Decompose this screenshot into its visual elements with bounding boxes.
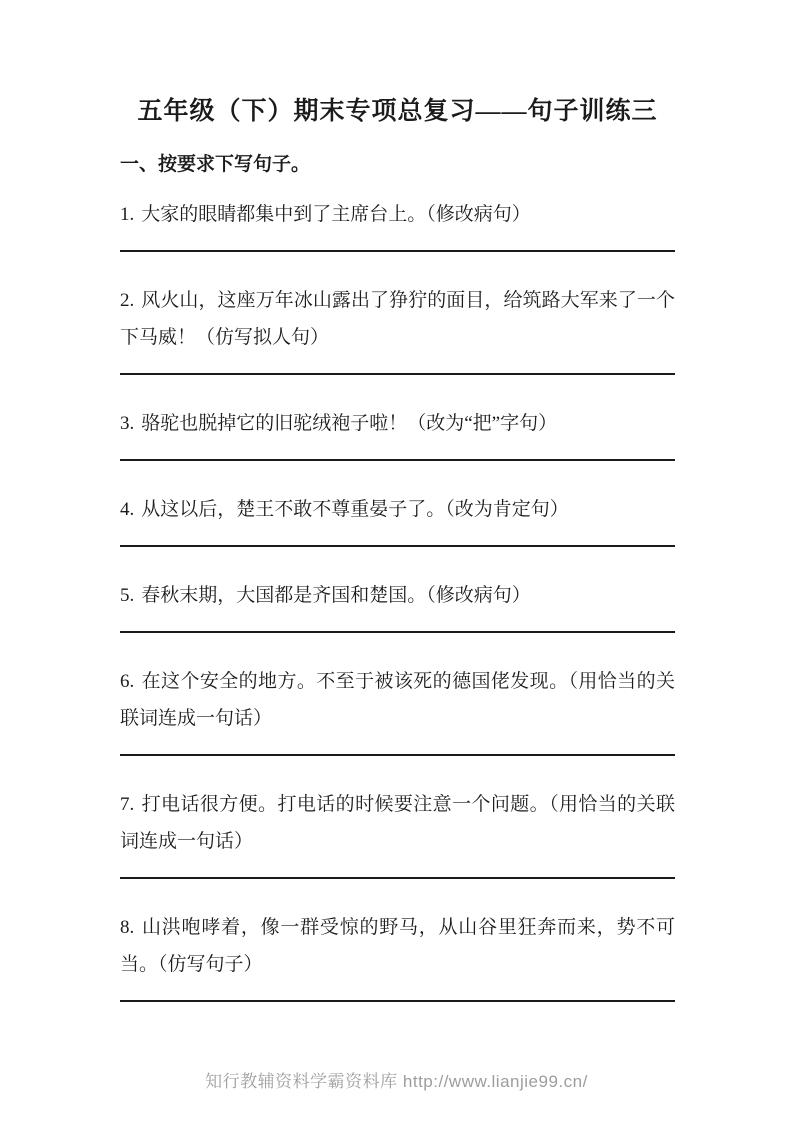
question-number: 8. <box>120 917 134 938</box>
question-text: 6.在这个安全的地方。不至于被该死的德国佬发现。（用恰当的关联词连成一句话） <box>120 633 675 737</box>
question-text: 5.春秋末期，大国都是齐国和楚国。（修改病句） <box>120 547 675 614</box>
question-4: 4.从这以后，楚王不敢不尊重晏子了。（改为肯定句） <box>120 461 675 547</box>
question-number: 7. <box>120 794 134 815</box>
question-sentence: 打电话很方便。打电话的时候要注意一个问题。（用恰当的关联词连成一句话） <box>120 794 675 852</box>
question-sentence: 大家的眼睛都集中到了主席台上。（修改病句） <box>141 204 531 225</box>
question-text: 7.打电话很方便。打电话的时候要注意一个问题。（用恰当的关联词连成一句话） <box>120 756 675 860</box>
question-sentence: 春秋末期，大国都是齐国和楚国。（修改病句） <box>141 585 531 606</box>
question-6: 6.在这个安全的地方。不至于被该死的德国佬发现。（用恰当的关联词连成一句话） <box>120 633 675 756</box>
question-text: 2.风火山，这座万年冰山露出了狰狞的面目，给筑路大军来了一个下马威！（仿写拟人句… <box>120 252 675 356</box>
question-number: 1. <box>120 204 134 225</box>
question-8: 8.山洪咆哮着，像一群受惊的野马，从山谷里狂奔而来，势不可当。（仿写句子） <box>120 879 675 1002</box>
question-number: 2. <box>120 290 134 311</box>
answer-blank-line <box>120 1000 675 1002</box>
page-content: 五年级（下）期末专项总复习——句子训练三 一、按要求下写句子。 1.大家的眼睛都… <box>0 0 793 1002</box>
question-number: 3. <box>120 413 134 434</box>
question-number: 5. <box>120 585 134 606</box>
question-text: 8.山洪咆哮着，像一群受惊的野马，从山谷里狂奔而来，势不可当。（仿写句子） <box>120 879 675 983</box>
question-text: 3.骆驼也脱掉它的旧驼绒袍子啦！（改为“把”字句） <box>120 375 675 442</box>
question-sentence: 从这以后，楚王不敢不尊重晏子了。（改为肯定句） <box>141 499 569 520</box>
question-1: 1.大家的眼睛都集中到了主席台上。（修改病句） <box>120 178 675 252</box>
question-text: 1.大家的眼睛都集中到了主席台上。（修改病句） <box>120 178 675 233</box>
question-number: 6. <box>120 671 134 692</box>
question-text: 4.从这以后，楚王不敢不尊重晏子了。（改为肯定句） <box>120 461 675 528</box>
question-3: 3.骆驼也脱掉它的旧驼绒袍子啦！（改为“把”字句） <box>120 375 675 461</box>
section-heading: 一、按要求下写句子。 <box>120 152 675 178</box>
page-title: 五年级（下）期末专项总复习——句子训练三 <box>120 96 675 128</box>
question-sentence: 山洪咆哮着，像一群受惊的野马，从山谷里狂奔而来，势不可当。（仿写句子） <box>120 917 675 975</box>
question-number: 4. <box>120 499 134 520</box>
question-sentence: 风火山，这座万年冰山露出了狰狞的面目，给筑路大军来了一个下马威！（仿写拟人句） <box>120 290 675 348</box>
worksheet-page: 五年级（下）期末专项总复习——句子训练三 一、按要求下写句子。 1.大家的眼睛都… <box>0 0 793 1122</box>
question-sentence: 在这个安全的地方。不至于被该死的德国佬发现。（用恰当的关联词连成一句话） <box>120 671 675 729</box>
question-5: 5.春秋末期，大国都是齐国和楚国。（修改病句） <box>120 547 675 633</box>
footer-watermark: 知行教辅资料学霸资料库 http://www.lianjie99.cn/ <box>0 1067 793 1092</box>
question-sentence: 骆驼也脱掉它的旧驼绒袍子啦！（改为“把”字句） <box>141 413 557 434</box>
question-2: 2.风火山，这座万年冰山露出了狰狞的面目，给筑路大军来了一个下马威！（仿写拟人句… <box>120 252 675 375</box>
question-7: 7.打电话很方便。打电话的时候要注意一个问题。（用恰当的关联词连成一句话） <box>120 756 675 879</box>
